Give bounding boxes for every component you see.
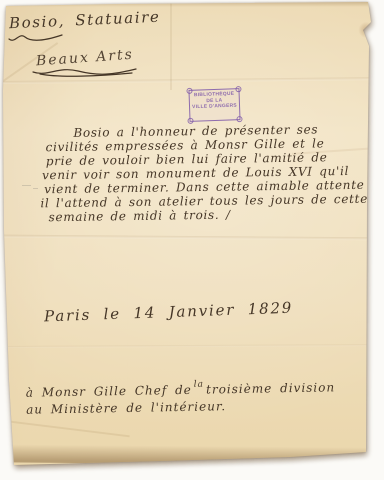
crease-mark <box>0 77 384 84</box>
letter-body-paragraph: Bosio a l'honneur de présenter ses civil… <box>39 122 370 225</box>
crease-mark <box>0 344 384 348</box>
address-line1-post: troisième division <box>206 380 335 396</box>
underline-flourish-icon <box>6 29 66 45</box>
stamp-line: VILLE D'ANGERS <box>190 103 239 111</box>
underline-flourish-icon <box>30 64 140 78</box>
scan-background: Bosio, Statuaire Beaux Arts BIBLIOTHÈQUE… <box>0 0 384 480</box>
date-line: Paris le 14 Janvier 1829 <box>44 299 294 326</box>
paper-bottom-edge-shade <box>8 444 370 465</box>
crease-mark <box>170 2 172 90</box>
address-line1-pre: à Monsr Gille Chef de <box>26 383 192 400</box>
address-block: à Monsr Gille Chef delatroisième divisio… <box>26 380 336 417</box>
crease-mark <box>10 421 129 438</box>
stamp-text: BIBLIOTHÈQUE DE LA VILLE D'ANGERS <box>190 91 240 111</box>
stamp-corner-ornament <box>187 118 193 124</box>
paper-shadow-wrap: Bosio, Statuaire Beaux Arts BIBLIOTHÈQUE… <box>0 0 384 480</box>
letter-paper: Bosio, Statuaire Beaux Arts BIBLIOTHÈQUE… <box>0 0 384 480</box>
paper-top-edge-shade <box>4 2 372 7</box>
pencil-smudge <box>22 184 38 190</box>
crease-mark <box>0 235 384 241</box>
address-insertion-above-line: la <box>194 378 205 393</box>
paper-torn-notch <box>358 22 372 38</box>
library-stamp: BIBLIOTHÈQUE DE LA VILLE D'ANGERS <box>188 88 240 122</box>
stamp-corner-ornament <box>236 116 242 122</box>
